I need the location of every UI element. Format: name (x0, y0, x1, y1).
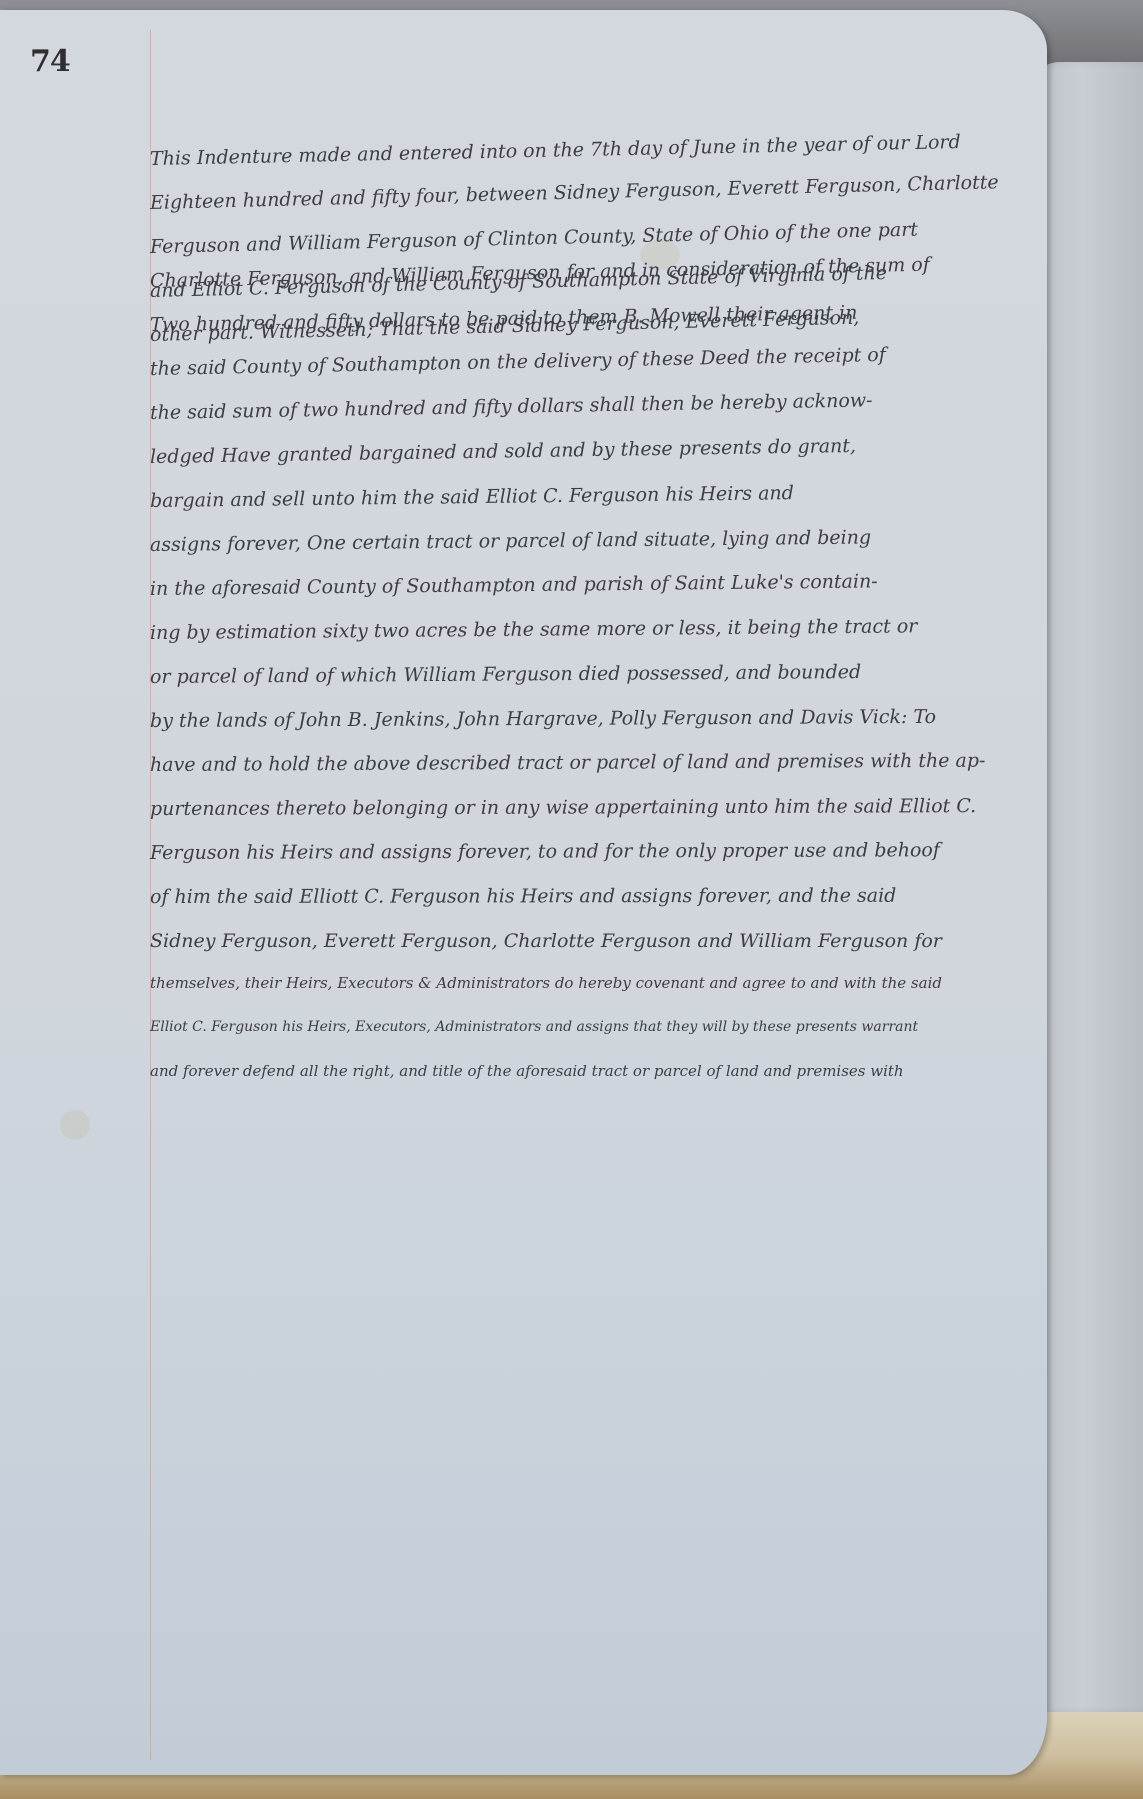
indenture-line: the said County of Southampton on the de… (150, 346, 886, 379)
indenture-line: by the lands of John B. Jenkins, John Ha… (150, 708, 936, 731)
indenture-line: the said sum of two hundred and fifty do… (150, 391, 873, 423)
indenture-line: Eighteen hundred and fifty four, between… (150, 173, 999, 213)
facing-page-edge (1040, 62, 1143, 1712)
indenture-line: of him the said Elliott C. Ferguson his … (150, 887, 896, 907)
indenture-line: Elliot C. Ferguson his Heirs, Executors,… (150, 1020, 918, 1034)
indenture-line: bargain and sell unto him the said Ellio… (150, 484, 794, 511)
indenture-line: in the aforesaid County of Southampton a… (150, 572, 878, 599)
indenture-line: Ferguson and William Ferguson of Clinton… (150, 221, 918, 257)
indenture-line: or parcel of land of which William Fergu… (150, 663, 861, 687)
indenture-line: Ferguson his Heirs and assigns forever, … (150, 841, 940, 863)
indenture-line: and forever defend all the right, and ti… (150, 1064, 904, 1079)
indenture-line: ing by estimation sixty two acres be the… (150, 617, 917, 643)
indenture-line: Sidney Ferguson, Everett Ferguson, Charl… (150, 932, 942, 951)
indenture-line: assigns forever, One certain tract or pa… (150, 528, 871, 555)
indenture-line: This Indenture made and entered into on … (150, 133, 961, 169)
indenture-line: themselves, their Heirs, Executors & Adm… (150, 976, 942, 991)
indenture-line: purtenances thereto belonging or in any … (150, 797, 976, 819)
paper-stain (60, 1110, 90, 1140)
indenture-line: have and to hold the above described tra… (150, 752, 985, 775)
page-number: 74 (30, 44, 70, 79)
indenture-line: ledged Have granted bargained and sold a… (150, 437, 856, 467)
ledger-page: 74 This Indenture made and entered into … (0, 10, 1047, 1775)
